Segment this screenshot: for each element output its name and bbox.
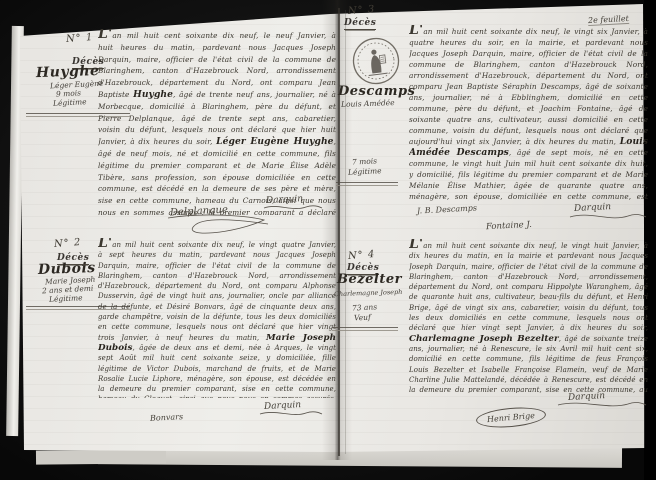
act-1-body-text: L'an mil huit cent soixante dix neuf, le…	[98, 29, 336, 215]
act-3-deceased-surname: Descamps	[338, 84, 415, 99]
act-3-type-label: Décès	[344, 18, 376, 30]
act-4-deceased-given-names: Charlemagne Joseph	[334, 288, 403, 298]
act-4-status-note: Veuf	[354, 313, 371, 323]
signature-flourish	[258, 409, 324, 419]
act-2-body-text: L'an mil huit cent soixante dix neuf, le…	[98, 238, 336, 398]
marianne-seal-stamp-icon	[348, 33, 404, 89]
photographed-register-spread: 2e feuillet N° 1 Décès Huyghe Léger Eugè…	[0, 0, 656, 480]
margin-separator	[332, 327, 398, 331]
register-content: 2e feuillet N° 1 Décès Huyghe Léger Eugè…	[0, 0, 656, 480]
signature-flourish	[556, 399, 648, 411]
act-1-legitimacy-note: Légitime	[53, 97, 87, 108]
signature-descamps: J. B. Descamps	[417, 203, 477, 215]
act-3-number-label: N° 3	[348, 4, 376, 17]
act-2-number-label: N° 2	[54, 237, 82, 250]
act-4-number-label: N° 4	[348, 249, 376, 262]
act-2-legitimacy-note: Légitime	[49, 293, 83, 304]
signature-flourish	[568, 211, 648, 223]
act-4-age-note: 73 ans	[352, 302, 378, 312]
margin-separator	[336, 182, 398, 186]
signature-henri-brige: Henri Brige	[475, 405, 546, 430]
act-3-deceased-given-names: Louis Amédée	[341, 98, 395, 109]
act-1-number-label: N° 1	[66, 32, 94, 45]
signature-flourish	[262, 203, 324, 213]
signature-fontaine: Fontaine J.	[486, 220, 532, 232]
act-3-legitimacy-note: Légitime	[348, 166, 382, 177]
act-3-body-text: L'an mil huit cent soixante dix neuf, le…	[409, 25, 648, 203]
act-3-age-note: 7 mois	[352, 156, 377, 166]
act-4-deceased-surname: Bezelter	[337, 272, 402, 287]
signature-flourish	[164, 214, 274, 240]
act-4-body-text: L'an mil huit cent soixante dix neuf, le…	[409, 239, 648, 393]
signature-bonvars: Bonvars	[150, 412, 184, 423]
